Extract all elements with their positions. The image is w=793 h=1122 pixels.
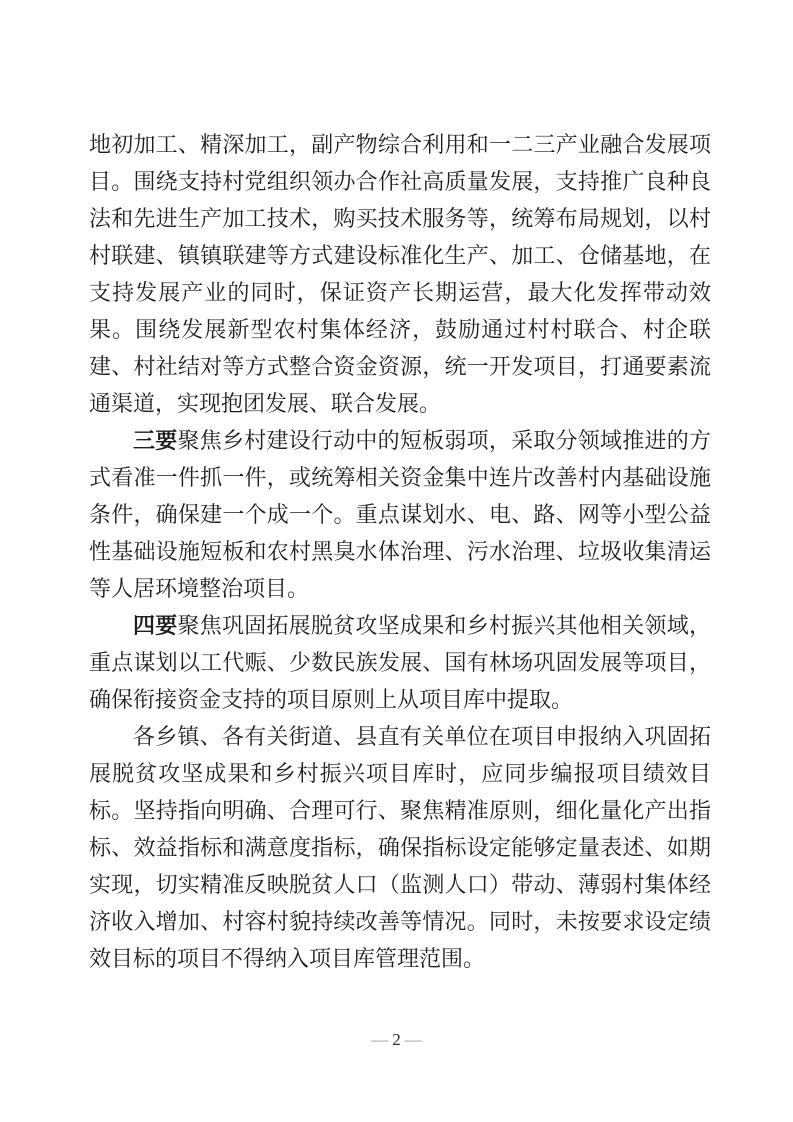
page-number-dash-right: — [405,1030,422,1049]
paragraph-lead: 三要 [133,428,177,453]
paragraph-text: 地初加工、精深加工，副产物综合利用和一二三产业融合发展项目。围绕支持村党组织领办… [89,132,711,416]
paragraph-continuation: 地初加工、精深加工，副产物综合利用和一二三产业融合发展项目。围绕支持村党组织领办… [89,126,711,422]
page-number-dash-left: — [371,1030,388,1049]
document-body: 地初加工、精深加工，副产物综合利用和一二三产业融合发展项目。围绕支持村党组织领办… [89,126,711,977]
paragraph-point-three: 三要聚焦乡村建设行动中的短板弱项，采取分领域推进的方式看准一件抓一件，或统筹相关… [89,422,711,607]
page-footer: —2— [0,1028,793,1052]
page-number: 2 [392,1030,401,1049]
paragraph-point-four: 四要聚焦巩固拓展脱贫攻坚成果和乡村振兴其他相关领域，重点谋划以工代赈、少数民族发… [89,607,711,718]
document-page: 地初加工、精深加工，副产物综合利用和一二三产业融合发展项目。围绕支持村党组织领办… [0,0,793,1122]
paragraph-lead: 四要 [133,613,177,638]
paragraph-text: 各乡镇、各有关街道、县直有关单位在项目申报纳入巩固拓展脱贫攻坚成果和乡村振兴项目… [89,724,711,971]
paragraph-text: 聚焦乡村建设行动中的短板弱项，采取分领域推进的方式看准一件抓一件，或统筹相关资金… [89,428,711,601]
paragraph-text: 聚焦巩固拓展脱贫攻坚成果和乡村振兴其他相关领域，重点谋划以工代赈、少数民族发展、… [89,613,711,712]
paragraph-performance-targets: 各乡镇、各有关街道、县直有关单位在项目申报纳入巩固拓展脱贫攻坚成果和乡村振兴项目… [89,718,711,977]
